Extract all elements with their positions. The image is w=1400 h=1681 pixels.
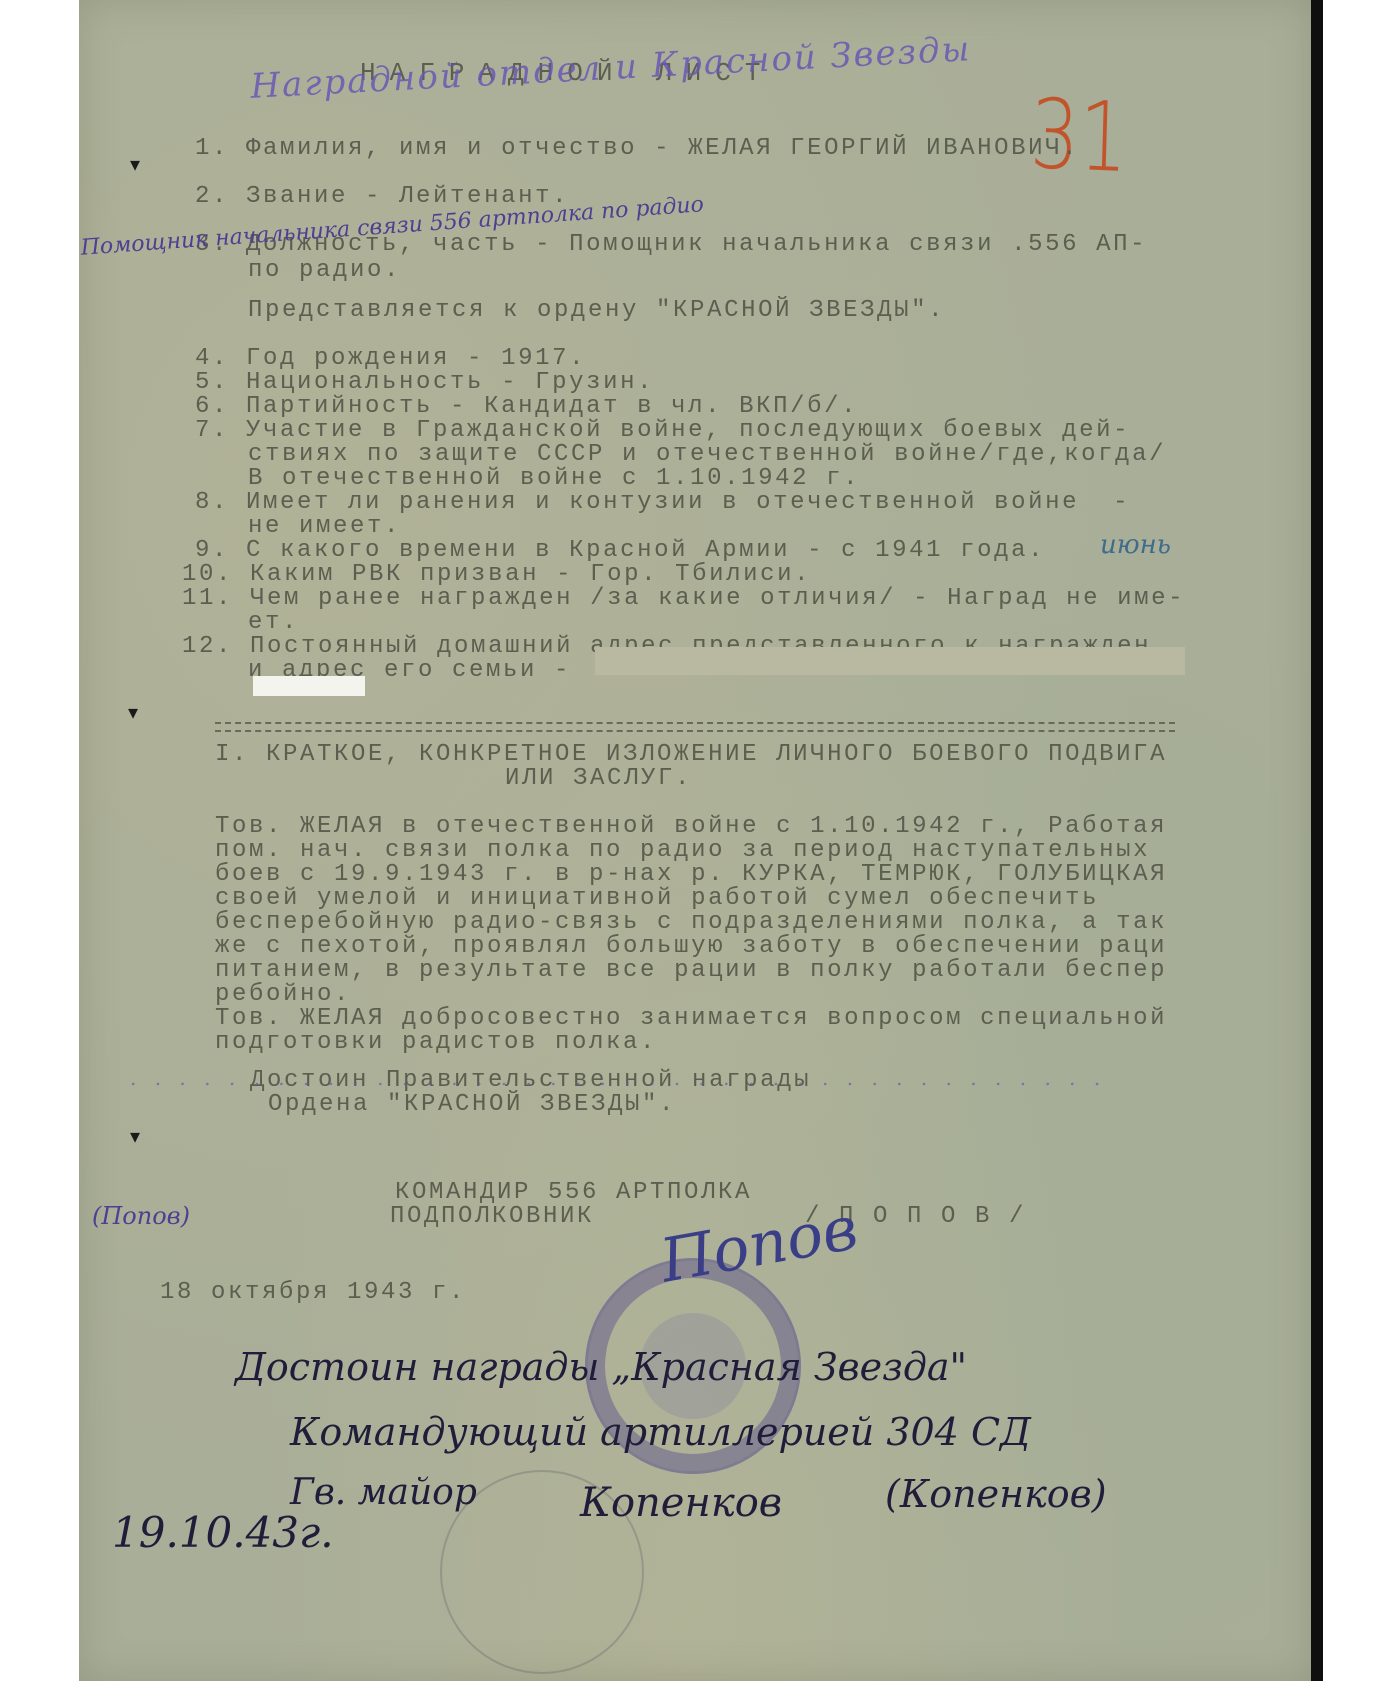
resolution-date: 19.10.43г. <box>112 1508 334 1557</box>
field-1: 1. Фамилия, имя и отчество - ЖЕЛАЯ ГЕОРГ… <box>195 136 1079 162</box>
margin-mark: ▾ <box>128 700 138 724</box>
resolution-line-1: Достоин награды „Красная Звезда" <box>235 1345 967 1389</box>
margin-handwritten-name: (Попов) <box>92 1202 190 1230</box>
resolution-rank: Гв. майор <box>290 1472 477 1513</box>
resolution-signature: Копенков <box>580 1480 782 1526</box>
address-redaction <box>595 647 1185 675</box>
resolution-signer-name: (Копенков) <box>885 1472 1107 1516</box>
nomination-line: Представляется к ордену "КРАСНОЙ ЗВЕЗДЫ"… <box>248 298 945 324</box>
field-9-handwritten-annotation: июнь <box>1100 530 1171 560</box>
field-11: 11. Чем ранее награжден /за какие отличи… <box>182 586 1185 612</box>
recommendation-ink-overprint: . . . . . . . . . . . . . . . . . . . . … <box>130 1066 1106 1090</box>
narrative-line: питанием, в результате все рации в полку… <box>215 958 1167 984</box>
recommendation-line-2: Ордена "КРАСНОЙ ЗВЕЗДЫ". <box>268 1092 676 1118</box>
address-redaction-2 <box>253 676 365 696</box>
margin-mark: ▾ <box>130 152 140 176</box>
signature-rank: ПОДПОЛКОВНИК <box>390 1204 594 1230</box>
margin-mark: ▾ <box>130 1124 140 1148</box>
section-heading-continuation: ИЛИ ЗАСЛУГ. <box>505 766 692 792</box>
resolution-line-2: Командующий артиллерией 304 СД <box>290 1410 1031 1454</box>
narrative-line: подготовки радистов полка. <box>215 1030 657 1056</box>
signature-date: 18 октября 1943 г. <box>160 1280 466 1306</box>
field-3-continuation: по радио. <box>248 258 401 284</box>
scan-edge <box>1311 0 1323 1681</box>
section-divider <box>215 722 1175 732</box>
